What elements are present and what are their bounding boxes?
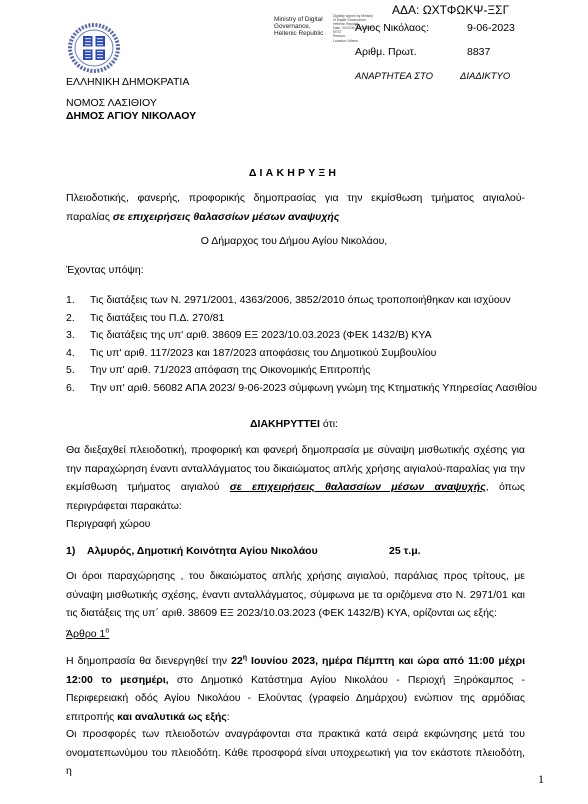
art1-detailed: και αναλυτικά ως εξής <box>117 711 227 723</box>
auction-paragraph: Θα διεξαχθεί πλειοδοτική, προφορική και … <box>66 441 525 515</box>
terms-paragraph: Οι όροι παραχώρησης , του δικαιώματος απ… <box>66 567 525 623</box>
municipality-name: ΔΗΜΟΣ ΑΓΙΟΥ ΝΙΚΟΛΑΟΥ <box>66 110 196 122</box>
area-item-name: Αλμυρός, Δημοτική Κοινότητα Αγίου Νικολά… <box>87 545 318 557</box>
consideration-item: 2.Τις διατάξεις του Π.Δ. 270/81 <box>66 310 546 328</box>
document-date: 9-06-2023 <box>467 22 515 34</box>
consideration-text: Την υπ' αριθ. 71/2023 απόφαση της Οικονο… <box>90 364 370 376</box>
protocol-label: Αριθμ. Πρωτ. <box>355 46 417 58</box>
consideration-item: 1.Τις διατάξεις των Ν. 2971/2001, 4363/2… <box>66 292 546 310</box>
signature-org-line: Governance, <box>274 23 323 30</box>
art1-colon: : <box>227 711 230 723</box>
ada-value: ΩΧΤΦΩΚΨ-ΞΣΓ <box>423 3 509 17</box>
intro-text: παραλίας <box>66 211 113 223</box>
post-label-2: ΔΙΑΔΙΚΤΥΟ <box>460 71 510 82</box>
consideration-item: 6.Την υπ' αριθ. 56082 ΑΠΑ 2023/ 9-06-202… <box>66 380 546 398</box>
consideration-item: 3.Τις διατάξεις της υπ' αριθ. 38609 ΕΞ 2… <box>66 327 546 345</box>
page-number: 1 <box>538 772 544 787</box>
consideration-text: Την υπ' αριθ. 56082 ΑΠΑ 2023/ 9-06-2023 … <box>90 382 537 394</box>
signature-detail-line: Location: Athens <box>333 39 373 43</box>
considering-heading: Έχοντας υπόψη: <box>66 264 144 276</box>
consideration-number: 3. <box>66 327 90 345</box>
mayor-line: Ο Δήμαρχος του Δήμου Αγίου Νικολάου, <box>0 235 588 247</box>
considerations-list: 1.Τις διατάξεις των Ν. 2971/2001, 4363/2… <box>66 292 546 398</box>
signature-org-line: Ministry of Digital <box>274 16 323 23</box>
art1-date-day: 22 <box>231 655 243 667</box>
signature-org-line: Hellenic Republic <box>274 30 323 37</box>
declares-bold: ΔΙΑΚΗΡΥΤΤΕΙ <box>250 418 320 430</box>
intro-line-1: Πλειοδοτικής, φανερής, προφορικής δημοπρ… <box>66 189 525 208</box>
prefecture-name: ΝΟΜΟΣ ΛΑΣΙΘΙΟΥ <box>66 97 157 109</box>
consideration-item: 5.Την υπ' αριθ. 71/2023 απόφαση της Οικο… <box>66 362 546 380</box>
consideration-text: Τις διατάξεις των Ν. 2971/2001, 4363/200… <box>90 294 511 306</box>
art1-text: Η δημοπρασία θα διενεργηθεί την <box>66 655 231 667</box>
hellenic-republic-emblem-icon <box>66 23 122 73</box>
intro-line-2: παραλίας σε επιχειρήσεις θαλασσίων μέσων… <box>66 208 525 227</box>
place-label: Άγιος Νικόλαος: <box>355 22 429 34</box>
country-name: ΕΛΛΗΝΙΚΗ ΔΗΜΟΚΡΑΤΙΑ <box>66 76 189 88</box>
consideration-item: 4.Τις υπ' αριθ. 117/2023 και 187/2023 απ… <box>66 345 546 363</box>
consideration-number: 1. <box>66 292 90 310</box>
article-label: Άρθρο 1 <box>66 628 105 640</box>
signature-organization: Ministry of Digital Governance, Hellenic… <box>274 16 323 38</box>
area-heading: Περιγραφή χώρου <box>66 518 150 530</box>
post-label-1: ΑΝΑΡΤΗΤΕΑ ΣΤΟ <box>355 71 433 82</box>
consideration-text: Τις υπ' αριθ. 117/2023 και 187/2023 αποφ… <box>90 347 436 359</box>
ada-label: ΑΔΑ: <box>392 3 419 17</box>
ada-code: ΑΔΑ: ΩΧΤΦΩΚΨ-ΞΣΓ <box>392 3 509 17</box>
consideration-text: Τις διατάξεις της υπ' αριθ. 38609 ΕΞ 202… <box>90 329 432 341</box>
article-heading: Άρθρο 1ο <box>66 628 109 640</box>
consideration-number: 4. <box>66 345 90 363</box>
area-item-number: 1) <box>66 545 75 557</box>
consideration-number: 2. <box>66 310 90 328</box>
article-1-paragraph: Η δημοπρασία θα διενεργηθεί την 22η Ιουν… <box>66 652 525 726</box>
document-title: ΔΙΑΚΗΡΥΞΗ <box>0 167 588 179</box>
declares-heading: ΔΙΑΚΗΡΥΤΤΕΙ ότι: <box>0 418 588 430</box>
consideration-text: Τις διατάξεις του Π.Δ. 270/81 <box>90 312 224 324</box>
area-item-size: 25 τ.μ. <box>389 545 421 557</box>
offers-paragraph: Οι προσφορές των πλειοδοτών αναγράφονται… <box>66 725 525 781</box>
consideration-number: 5. <box>66 362 90 380</box>
intro-emphasis: σε επιχειρήσεις θαλασσίων μέσων αναψυχής <box>113 211 340 223</box>
auction-emphasis: σε επιχειρήσεις θαλασσίων μέσων αναψυχής <box>230 481 486 493</box>
article-sup: ο <box>105 628 109 635</box>
protocol-number: 8837 <box>467 46 490 58</box>
declares-rest: ότι: <box>320 418 338 430</box>
intro-paragraph: Πλειοδοτικής, φανερής, προφορικής δημοπρ… <box>66 189 525 226</box>
consideration-number: 6. <box>66 380 90 398</box>
